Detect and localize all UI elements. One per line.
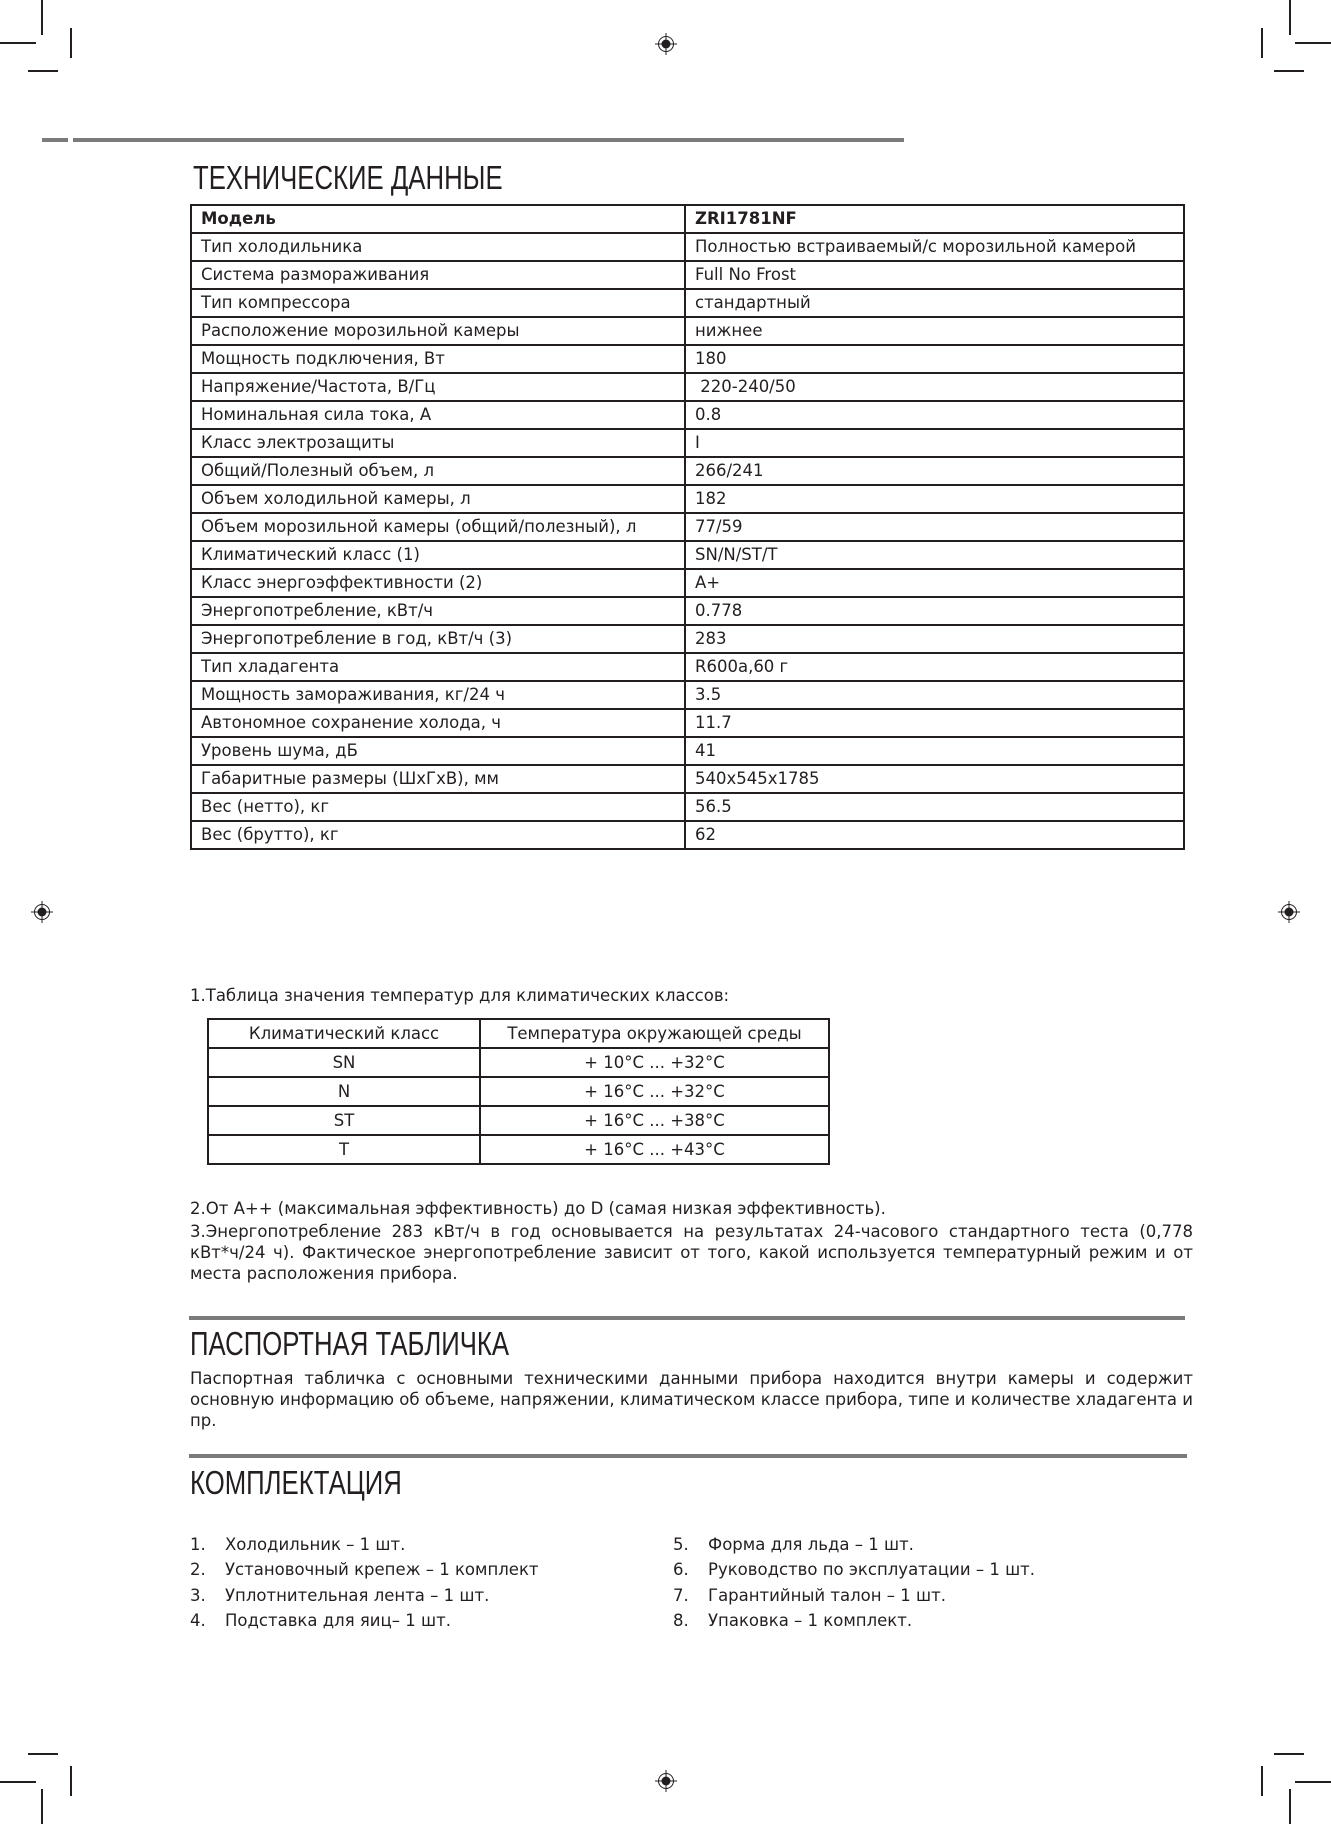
crop-mark	[1289, 1789, 1291, 1824]
climate-class-table: Климатический класс Температура окружающ…	[207, 1018, 830, 1165]
spec-value: Полностью встраиваемый/с морозильной кам…	[685, 233, 1184, 261]
spec-label: Объем морозильной камеры (общий/полезный…	[191, 513, 685, 541]
spec-value: 62	[685, 821, 1184, 849]
climate-class-cell: T	[208, 1135, 480, 1164]
list-item-number: 5.	[673, 1532, 689, 1557]
crop-mark	[41, 1789, 43, 1824]
crop-mark	[1261, 1766, 1263, 1796]
spec-value: 56.5	[685, 793, 1184, 821]
table-row: Класс электрозащитыI	[191, 429, 1184, 457]
list-item: 3.Уплотнительная лента – 1 шт.	[190, 1583, 630, 1608]
list-item-text: Уплотнительная лента – 1 шт.	[225, 1583, 489, 1608]
column-header: Климатический класс	[208, 1019, 480, 1048]
table-row: Напряжение/Частота, В/Гц 220-240/50	[191, 373, 1184, 401]
table-row: Номинальная сила тока, А0.8	[191, 401, 1184, 429]
list-item: 7.Гарантийный талон – 1 шт.	[673, 1583, 1173, 1608]
temperature-range-cell: + 10°C ... +32°C	[480, 1048, 829, 1077]
table-row: Мощность подключения, Вт180	[191, 345, 1184, 373]
crop-mark	[1274, 70, 1304, 72]
temperature-range-cell: + 16°C ... +38°C	[480, 1106, 829, 1135]
climate-class-cell: N	[208, 1077, 480, 1106]
spec-label: Энергопотребление в год, кВт/ч (3)	[191, 625, 685, 653]
spec-value: 11.7	[685, 709, 1184, 737]
spec-label: Расположение морозильной камеры	[191, 317, 685, 345]
table-row: Класс энергоэффективности (2)A+	[191, 569, 1184, 597]
spec-label: Класс энергоэффективности (2)	[191, 569, 685, 597]
spec-value: SN/N/ST/T	[685, 541, 1184, 569]
list-item-number: 6.	[673, 1557, 689, 1582]
spec-label: Габаритные размеры (ШхГхВ), мм	[191, 765, 685, 793]
spec-label: Общий/Полезный объем, л	[191, 457, 685, 485]
table-row: Объем морозильной камеры (общий/полезный…	[191, 513, 1184, 541]
spec-label: Вес (брутто), кг	[191, 821, 685, 849]
spec-label: Напряжение/Частота, В/Гц	[191, 373, 685, 401]
spec-value: 0.778	[685, 597, 1184, 625]
crop-mark	[28, 70, 58, 72]
table-header-row: Модель ZRI1781NF	[191, 205, 1184, 233]
table-row: Климатический класс (1)SN/N/ST/T	[191, 541, 1184, 569]
table-row: Расположение морозильной камерынижнее	[191, 317, 1184, 345]
table-row: Энергопотребление, кВт/ч0.778	[191, 597, 1184, 625]
table-row: Общий/Полезный объем, л266/241	[191, 457, 1184, 485]
spec-label: Мощность подключения, Вт	[191, 345, 685, 373]
spec-value: 266/241	[685, 457, 1184, 485]
table-row: Автономное сохранение холода, ч11.7	[191, 709, 1184, 737]
crop-mark	[41, 0, 43, 35]
crop-mark	[1295, 1781, 1331, 1783]
spec-label: Модель	[191, 205, 685, 233]
spec-label: Вес (нетто), кг	[191, 793, 685, 821]
footnote-2: 2.От А++ (максимальная эффективность) до…	[190, 1198, 886, 1219]
list-item-number: 8.	[673, 1608, 689, 1633]
table-row: ST+ 16°C ... +38°C	[208, 1106, 829, 1135]
spec-label: Мощность замораживания, кг/24 ч	[191, 681, 685, 709]
crop-mark	[1274, 1753, 1304, 1755]
spec-label: Климатический класс (1)	[191, 541, 685, 569]
spec-value: 0.8	[685, 401, 1184, 429]
spec-label: Номинальная сила тока, А	[191, 401, 685, 429]
list-item: 6.Руководство по эксплуатации – 1 шт.	[673, 1557, 1173, 1582]
table-row: Объем холодильной камеры, л182	[191, 485, 1184, 513]
climate-class-cell: ST	[208, 1106, 480, 1135]
list-item: 5.Форма для льда – 1 шт.	[673, 1532, 1173, 1557]
spec-label: Тип компрессора	[191, 289, 685, 317]
registration-mark-icon	[655, 1770, 677, 1792]
spec-value: Full No Frost	[685, 261, 1184, 289]
registration-mark-icon	[1278, 901, 1300, 923]
column-header: Температура окружающей среды	[480, 1019, 829, 1048]
spec-label: Энергопотребление, кВт/ч	[191, 597, 685, 625]
list-item-text: Подставка для яиц– 1 шт.	[225, 1608, 451, 1633]
specifications-table: Модель ZRI1781NF Тип холодильникаПолност…	[190, 204, 1185, 850]
table-row: Тип компрессорастандартный	[191, 289, 1184, 317]
spec-value: 180	[685, 345, 1184, 373]
table-row: Тип холодильникаПолностью встраиваемый/с…	[191, 233, 1184, 261]
spec-value: 41	[685, 737, 1184, 765]
crop-mark	[1295, 42, 1331, 44]
list-item-number: 7.	[673, 1583, 689, 1608]
table-row: Вес (брутто), кг62	[191, 821, 1184, 849]
section-title-nameplate: ПАСПОРТНАЯ ТАБЛИЧКА	[190, 1326, 509, 1362]
spec-label: Система размораживания	[191, 261, 685, 289]
spec-value: 77/59	[685, 513, 1184, 541]
climate-class-cell: SN	[208, 1048, 480, 1077]
nameplate-description: Паспортная табличка с основными техничес…	[190, 1368, 1193, 1431]
list-item-text: Руководство по эксплуатации – 1 шт.	[708, 1557, 1035, 1582]
table-row: T+ 16°C ... +43°C	[208, 1135, 829, 1164]
section-divider	[189, 1316, 1185, 1320]
section-title-contents: КОМПЛЕКТАЦИЯ	[190, 1465, 402, 1501]
section-divider	[189, 1454, 1187, 1458]
climate-table-intro: 1.Таблица значения температур для климат…	[190, 986, 729, 1005]
contents-list-right: 5.Форма для льда – 1 шт.6.Руководство по…	[673, 1532, 1173, 1633]
spec-label: Тип хладагента	[191, 653, 685, 681]
table-row: Энергопотребление в год, кВт/ч (3)283	[191, 625, 1184, 653]
table-row: Габаритные размеры (ШхГхВ), мм540x545x17…	[191, 765, 1184, 793]
list-item-text: Холодильник – 1 шт.	[225, 1532, 405, 1557]
spec-label: Автономное сохранение холода, ч	[191, 709, 685, 737]
list-item: 8.Упаковка – 1 комплект.	[673, 1608, 1173, 1633]
table-row: N+ 16°C ... +32°C	[208, 1077, 829, 1106]
table-row: Уровень шума, дБ41	[191, 737, 1184, 765]
registration-mark-icon	[31, 901, 53, 923]
table-row: Вес (нетто), кг56.5	[191, 793, 1184, 821]
footnote-3-text: 3.Энергопотребление 283 кВт/ч в год осно…	[190, 1221, 1193, 1284]
list-item-text: Установочный крепеж – 1 комплект	[225, 1557, 539, 1582]
header-rule	[73, 138, 904, 142]
temperature-range-cell: + 16°C ... +43°C	[480, 1135, 829, 1164]
list-item-number: 3.	[190, 1583, 206, 1608]
crop-mark	[0, 1781, 36, 1783]
spec-value: 220-240/50	[685, 373, 1184, 401]
spec-value: 540x545x1785	[685, 765, 1184, 793]
registration-mark-icon	[655, 33, 677, 55]
table-row: Система размораживанияFull No Frost	[191, 261, 1184, 289]
crop-mark	[70, 28, 72, 58]
list-item-text: Гарантийный талон – 1 шт.	[708, 1583, 946, 1608]
table-row: Мощность замораживания, кг/24 ч3.5	[191, 681, 1184, 709]
section-title-technical-data: ТЕХНИЧЕСКИЕ ДАННЫЕ	[193, 160, 503, 196]
crop-mark	[1261, 28, 1263, 58]
table-row: Тип хладагентаR600a,60 г	[191, 653, 1184, 681]
temperature-range-cell: + 16°C ... +32°C	[480, 1077, 829, 1106]
list-item-number: 4.	[190, 1608, 206, 1633]
list-item-text: Форма для льда – 1 шт.	[708, 1532, 914, 1557]
crop-mark	[28, 1753, 58, 1755]
spec-value: нижнее	[685, 317, 1184, 345]
crop-mark	[1289, 0, 1291, 35]
spec-label: Объем холодильной камеры, л	[191, 485, 685, 513]
spec-value: A+	[685, 569, 1184, 597]
crop-mark	[70, 1766, 72, 1796]
spec-label: Уровень шума, дБ	[191, 737, 685, 765]
list-item-number: 2.	[190, 1557, 206, 1582]
list-item-text: Упаковка – 1 комплект.	[708, 1608, 912, 1633]
spec-label: Тип холодильника	[191, 233, 685, 261]
spec-value: стандартный	[685, 289, 1184, 317]
spec-value: 182	[685, 485, 1184, 513]
spec-value: 3.5	[685, 681, 1184, 709]
header-rule-short	[42, 138, 68, 142]
list-item: 4.Подставка для яиц– 1 шт.	[190, 1608, 630, 1633]
list-item: 2.Установочный крепеж – 1 комплект	[190, 1557, 630, 1582]
crop-mark	[0, 42, 36, 44]
spec-value: ZRI1781NF	[685, 205, 1184, 233]
spec-value: R600a,60 г	[685, 653, 1184, 681]
spec-value: I	[685, 429, 1184, 457]
contents-list-left: 1.Холодильник – 1 шт.2.Установочный креп…	[190, 1532, 630, 1633]
spec-value: 283	[685, 625, 1184, 653]
list-item-number: 1.	[190, 1532, 206, 1557]
footnote-3: 3.Энергопотребление 283 кВт/ч в год осно…	[190, 1221, 1193, 1284]
list-item: 1.Холодильник – 1 шт.	[190, 1532, 630, 1557]
spec-label: Класс электрозащиты	[191, 429, 685, 457]
table-row: SN+ 10°C ... +32°C	[208, 1048, 829, 1077]
table-header-row: Климатический класс Температура окружающ…	[208, 1019, 829, 1048]
